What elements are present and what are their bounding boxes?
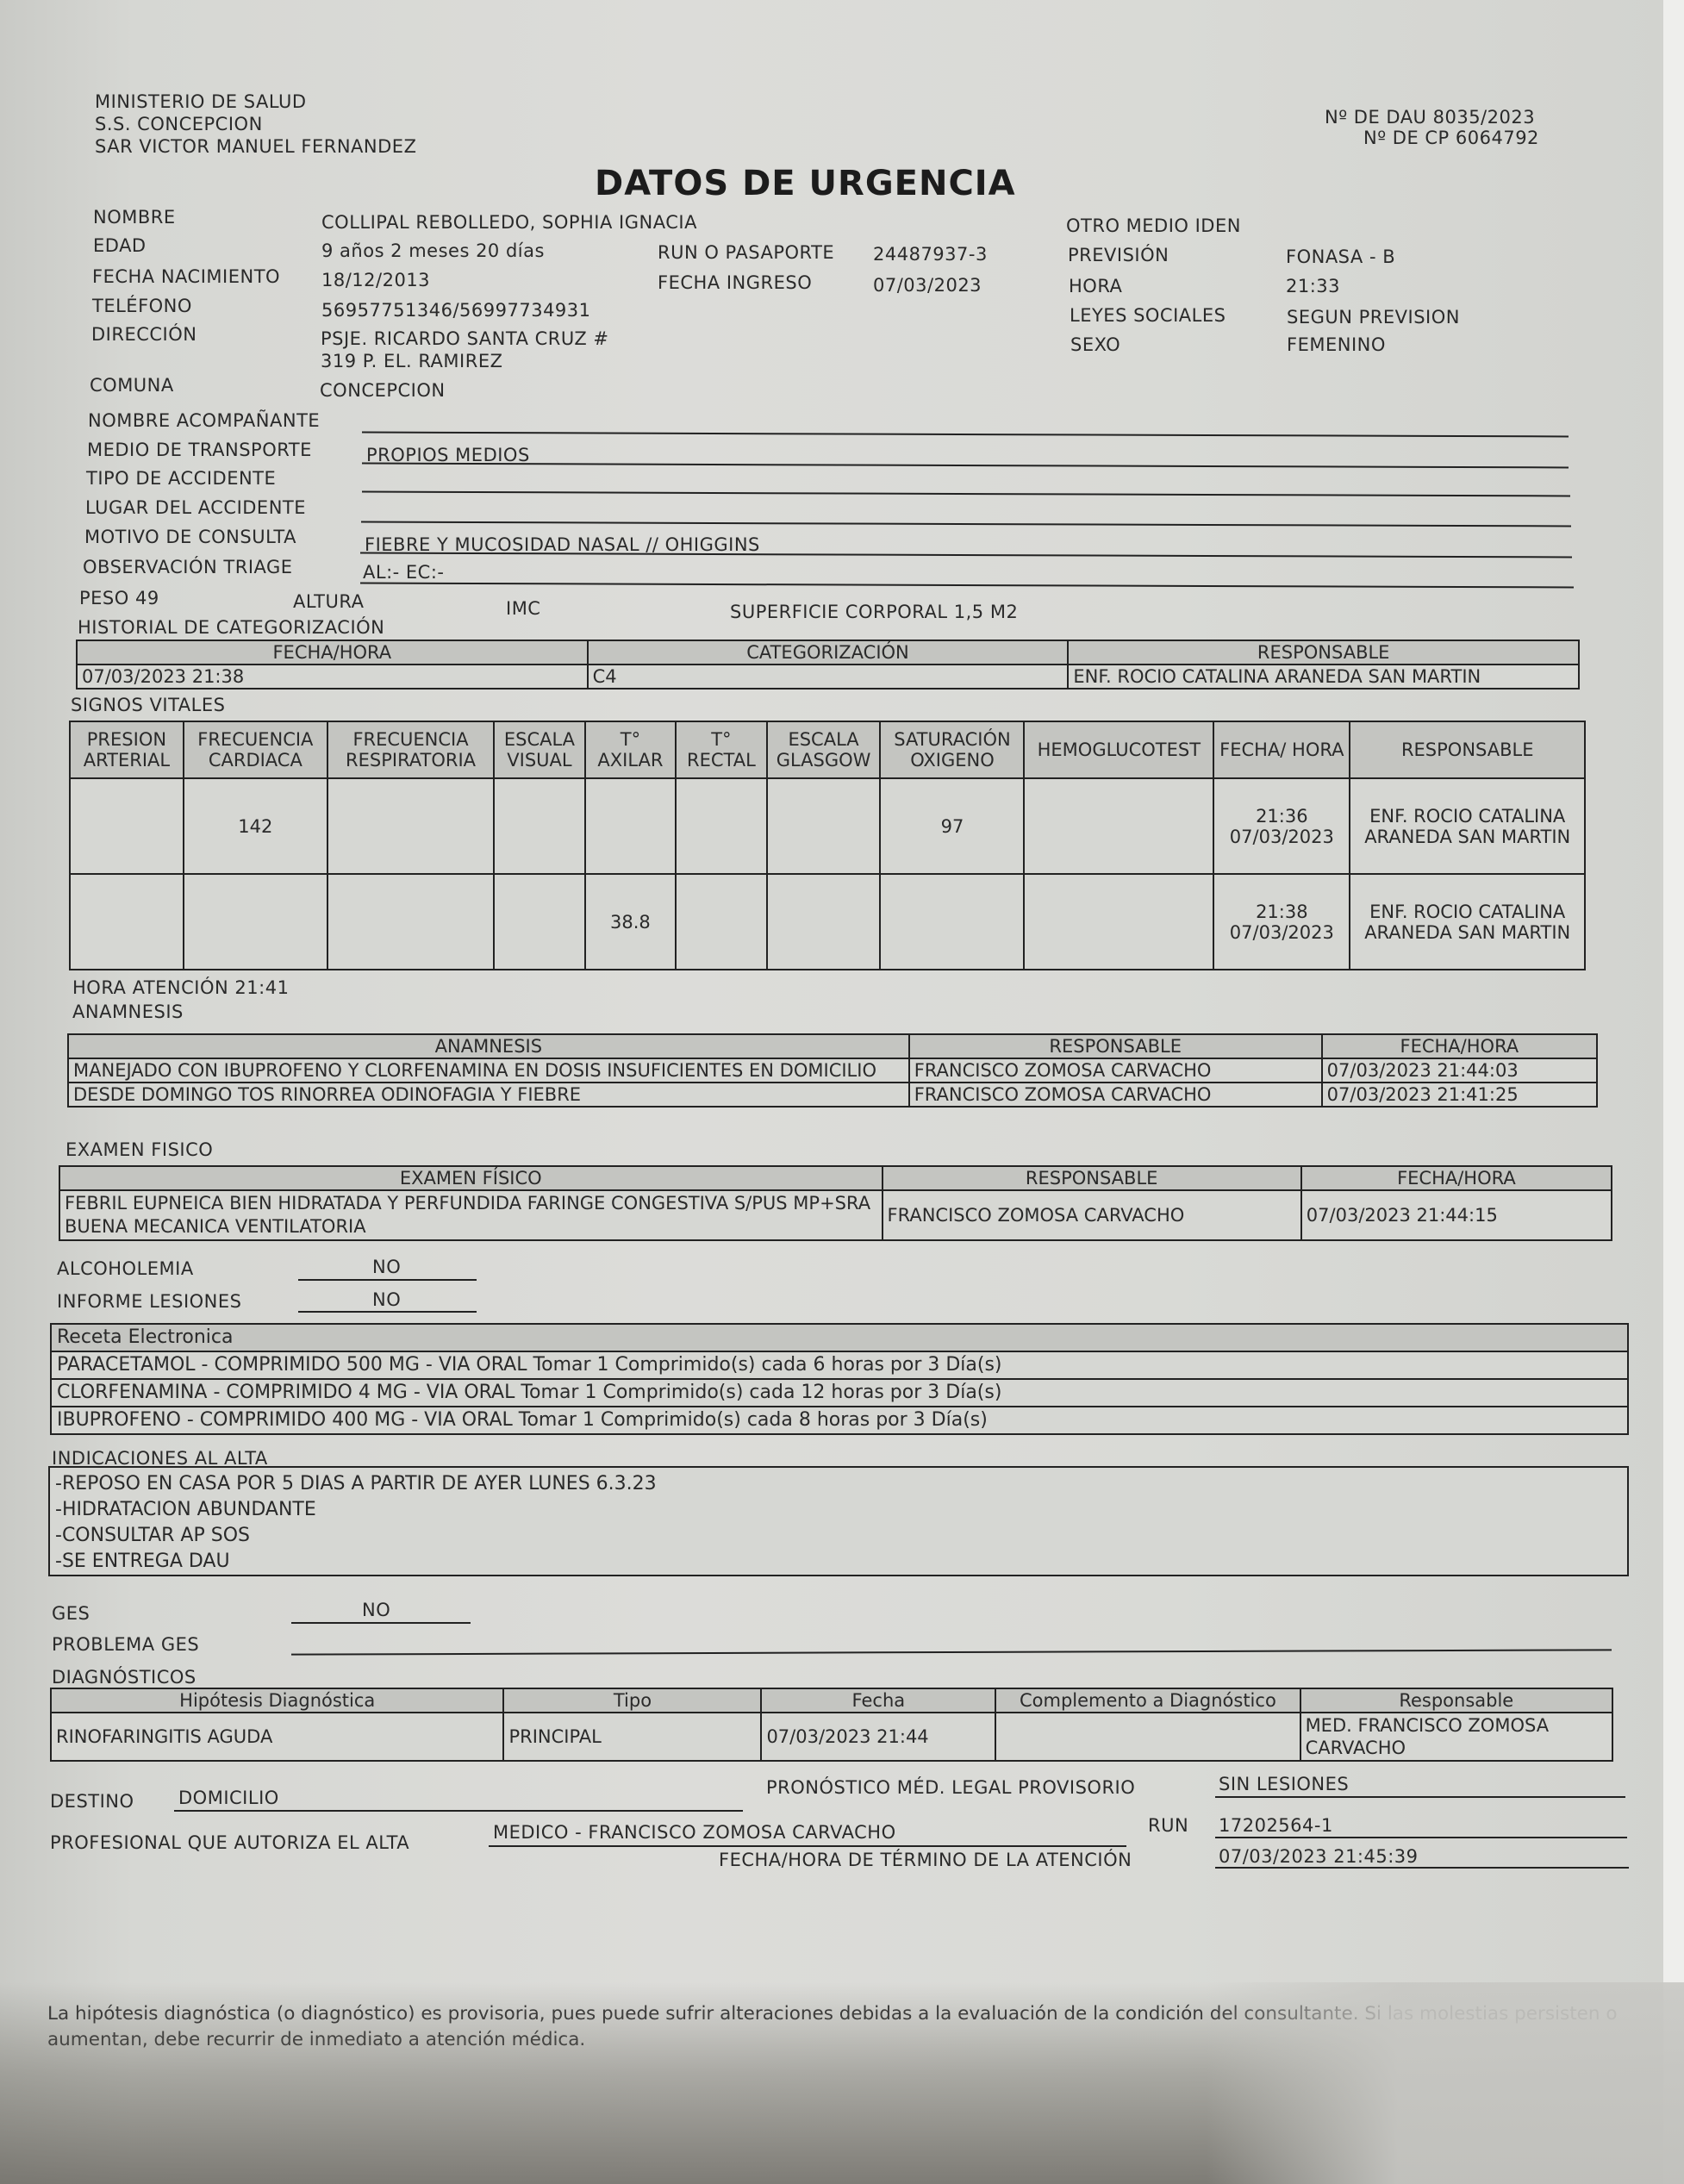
alcoholemia-field-line [298,1279,477,1281]
ges-field-line [291,1622,471,1624]
termino-atencion-label: FECHA/HORA DE TÉRMINO DE LA ATENCIÓN [719,1850,1132,1870]
categorizacion-table: FECHA/HORA CATEGORIZACIÓN RESPONSABLE 07… [76,640,1580,690]
pronostico-label: PRONÓSTICO MÉD. LEGAL PROVISORIO [766,1777,1135,1798]
cell-frecuencia-cardiaca [184,874,327,970]
direccion-label: DIRECCIÓN [91,324,196,345]
destino-field-line [174,1810,743,1812]
prevision-label: PREVISIÓN [1068,245,1169,265]
ges-value: NO [362,1600,390,1620]
triage-label: OBSERVACIÓN TRIAGE [83,557,293,577]
cell-presion-arterial [70,778,184,874]
col-fecha: Fecha [761,1688,995,1713]
run-medico-label: RUN [1148,1815,1188,1836]
receta-item: CLORFENAMINA - COMPRIMIDO 4 MG - VIA ORA… [52,1378,1627,1406]
institution-line-2: S.S. CONCEPCION [95,114,263,134]
telefono-value: 56957751346/56997734931 [321,300,591,321]
termino-atencion-value: 07/03/2023 21:45:39 [1219,1846,1419,1867]
col-presion-arterial: PRESION ARTERIAL [70,721,184,778]
col-fecha-hora: FECHA/HORA [1301,1166,1612,1190]
receta-item: PARACETAMOL - COMPRIMIDO 500 MG - VIA OR… [52,1351,1627,1378]
triage-value: AL:- EC:- [363,562,444,583]
dau-number: Nº DE DAU 8035/2023 [1325,107,1535,128]
table-row: 142 97 21:36 07/03/2023 ENF. ROCIO CATAL… [70,778,1585,874]
cell-hemoglucotest [1024,874,1213,970]
direccion-value-2: 319 P. EL. RAMIREZ [321,351,502,371]
profesional-label: PROFESIONAL QUE AUTORIZA EL ALTA [50,1832,409,1853]
cell-responsable: FRANCISCO ZOMOSA CARVACHO [909,1058,1322,1083]
run-medico-value: 17202564-1 [1219,1815,1333,1836]
cell-examen-fisico: FEBRIL EUPNEICA BIEN HIDRATADA Y PERFUND… [59,1190,883,1240]
cell-responsable: ENF. ROCIO CATALINA ARANEDA SAN MARTIN [1350,874,1585,970]
leyes-sociales-label: LEYES SOCIALES [1070,305,1226,326]
page-edge [1663,0,1684,2184]
problema-ges-label: PROBLEMA GES [52,1634,199,1655]
col-escala-glasgow: ESCALA GLASGOW [767,721,881,778]
cell-escala-visual [494,874,584,970]
col-responsable: Responsable [1300,1688,1612,1713]
table-row: MANEJADO CON IBUPROFENO Y CLORFENAMINA E… [68,1058,1597,1083]
sexo-label: SEXO [1070,334,1120,355]
signos-vitales-section-label: SIGNOS VITALES [71,695,225,715]
nombre-value: COLLIPAL REBOLLEDO, SOPHIA IGNACIA [321,212,697,233]
col-t-axilar: T° AXILAR [585,721,676,778]
cell-t-axilar: 38.8 [585,874,676,970]
acompanante-label: NOMBRE ACOMPAÑANTE [88,410,320,431]
receta-electronica-box: Receta Electronica PARACETAMOL - COMPRIM… [50,1323,1629,1435]
examen-fisico-table: EXAMEN FÍSICO RESPONSABLE FECHA/HORA FEB… [59,1165,1612,1241]
cell-saturacion-oxigeno [880,874,1024,970]
alcoholemia-label: ALCOHOLEMIA [57,1258,194,1279]
cell-t-rectal [676,778,766,874]
sexo-value: FEMENINO [1287,334,1386,355]
fecha-ingreso-label: FECHA INGRESO [658,272,812,293]
cell-fecha-hora: 07/03/2023 21:41:25 [1322,1083,1597,1107]
photo-highlight [1207,1982,1684,2184]
edad-label: EDAD [93,235,147,256]
cell-t-axilar [585,778,676,874]
indicacion-item: -REPOSO EN CASA POR 5 DIAS A PARTIR DE A… [50,1471,1627,1497]
receta-header: Receta Electronica [52,1325,1627,1351]
indicaciones-box: -REPOSO EN CASA POR 5 DIAS A PARTIR DE A… [48,1466,1629,1576]
cell-categorizacion: C4 [588,665,1069,689]
cell-fecha-hora: 21:38 07/03/2023 [1213,874,1350,970]
cell-frecuencia-cardiaca: 142 [184,778,327,874]
run-value: 24487937-3 [873,244,988,265]
table-row: 07/03/2023 21:38 C4 ENF. ROCIO CATALINA … [77,665,1579,689]
altura-label: ALTURA [293,591,364,612]
destino-label: DESTINO [50,1791,134,1812]
diagnosticos-table: Hipótesis Diagnóstica Tipo Fecha Complem… [50,1688,1613,1762]
receta-item: IBUPROFENO - COMPRIMIDO 400 MG - VIA ORA… [52,1406,1627,1433]
informe-lesiones-label: INFORME LESIONES [57,1291,242,1312]
col-frecuencia-respiratoria: FRECUENCIA RESPIRATORIA [327,721,494,778]
superficie-corporal-label: SUPERFICIE CORPORAL 1,5 M2 [730,602,1018,622]
ges-label: GES [52,1603,90,1624]
profesional-field-line [489,1845,1126,1847]
hora-value: 21:33 [1286,276,1340,296]
col-tipo: Tipo [503,1688,761,1713]
institution-line-3: SAR VICTOR MANUEL FERNANDEZ [95,136,416,157]
comuna-value: CONCEPCION [320,380,446,401]
indicacion-item: -SE ENTREGA DAU [50,1549,1627,1575]
anamnesis-table: ANAMNESIS RESPONSABLE FECHA/HORA MANEJAD… [67,1033,1598,1108]
cell-responsable: FRANCISCO ZOMOSA CARVACHO [883,1190,1301,1240]
informe-lesiones-value: NO [372,1289,401,1310]
direccion-value-1: PSJE. RICARDO SANTA CRUZ # [321,328,609,349]
table-row: FEBRIL EUPNEICA BIEN HIDRATADA Y PERFUND… [59,1190,1612,1240]
otro-medio-label: OTRO MEDIO IDEN [1066,215,1241,236]
col-fecha-hora: FECHA/HORA [77,640,588,665]
leyes-sociales-value: SEGUN PREVISION [1287,307,1460,328]
col-t-rectal: T° RECTAL [676,721,766,778]
cell-hemoglucotest [1024,778,1213,874]
indicacion-item: -CONSULTAR AP SOS [50,1523,1627,1549]
page-title: DATOS DE URGENCIA [595,164,1016,203]
cell-responsable: FRANCISCO ZOMOSA CARVACHO [909,1083,1322,1107]
alcoholemia-value: NO [372,1257,401,1277]
cell-complemento [995,1713,1300,1761]
cell-escala-visual [494,778,584,874]
cell-saturacion-oxigeno: 97 [880,778,1024,874]
pronostico-value: SIN LESIONES [1219,1774,1349,1794]
fecha-nacimiento-label: FECHA NACIMIENTO [92,266,280,287]
cell-frecuencia-respiratoria [327,874,494,970]
cell-anamnesis: MANEJADO CON IBUPROFENO Y CLORFENAMINA E… [68,1058,909,1083]
institution-line-1: MINISTERIO DE SALUD [95,91,307,112]
cell-escala-glasgow [767,874,881,970]
edad-value: 9 años 2 meses 20 días [321,240,545,261]
cell-fecha-hora: 07/03/2023 21:38 [77,665,588,689]
col-responsable: RESPONSABLE [909,1034,1322,1058]
peso-label: PESO 49 [79,588,159,608]
cell-fecha-hora: 21:36 07/03/2023 [1213,778,1350,874]
tipo-accidente-label: TIPO DE ACCIDENTE [86,468,276,489]
cp-number: Nº DE CP 6064792 [1363,128,1539,148]
destino-value: DOMICILIO [178,1788,279,1808]
hora-atencion: HORA ATENCIÓN 21:41 [72,977,289,998]
indicacion-item: -HIDRATACION ABUNDANTE [50,1497,1627,1523]
nombre-label: NOMBRE [93,207,176,228]
table-row: RINOFARINGITIS AGUDA PRINCIPAL 07/03/202… [51,1713,1612,1761]
cell-presion-arterial [70,874,184,970]
cell-responsable: ENF. ROCIO CATALINA ARANEDA SAN MARTIN [1068,665,1579,689]
col-responsable: RESPONSABLE [1068,640,1579,665]
transporte-label: MEDIO DE TRANSPORTE [87,440,312,460]
examen-fisico-section-label: EXAMEN FISICO [65,1139,213,1160]
fecha-ingreso-value: 07/03/2023 [873,275,982,296]
pronostico-field-line [1215,1796,1625,1798]
cell-fecha-hora: 07/03/2023 21:44:03 [1322,1058,1597,1083]
cell-fecha-hora: 07/03/2023 21:44:15 [1301,1190,1612,1240]
anamnesis-section-label: ANAMNESIS [72,1002,184,1022]
col-hemoglucotest: HEMOGLUCOTEST [1024,721,1213,778]
hora-label: HORA [1069,276,1122,296]
col-frecuencia-cardiaca: FRECUENCIA CARDIACA [184,721,327,778]
cell-hipotesis: RINOFARINGITIS AGUDA [51,1713,503,1761]
comuna-label: COMUNA [90,375,174,396]
col-fecha-hora: FECHA/ HORA [1213,721,1350,778]
col-saturacion-oxigeno: SATURACIÓN OXIGENO [880,721,1024,778]
col-fecha-hora: FECHA/HORA [1322,1034,1597,1058]
cell-frecuencia-respiratoria [327,778,494,874]
cell-fecha: 07/03/2023 21:44 [761,1713,995,1761]
diagnosticos-section-label: DIAGNÓSTICOS [52,1667,196,1688]
imc-label: IMC [506,598,540,619]
table-row: 38.8 21:38 07/03/2023 ENF. ROCIO CATALIN… [70,874,1585,970]
table-row: DESDE DOMINGO TOS RINORREA ODINOFAGIA Y … [68,1083,1597,1107]
col-hipotesis-diagnostica: Hipótesis Diagnóstica [51,1688,503,1713]
cell-t-rectal [676,874,766,970]
fecha-nacimiento-value: 18/12/2013 [321,270,430,290]
lugar-accidente-label: LUGAR DEL ACCIDENTE [85,497,306,518]
col-examen-fisico: EXAMEN FÍSICO [59,1166,883,1190]
informe-lesiones-field-line [298,1311,477,1313]
profesional-value: MEDICO - FRANCISCO ZOMOSA CARVACHO [493,1822,896,1843]
run-medico-field-line [1215,1837,1627,1838]
col-categorizacion: CATEGORIZACIÓN [588,640,1069,665]
col-anamnesis: ANAMNESIS [68,1034,909,1058]
cell-tipo: PRINCIPAL [503,1713,761,1761]
signos-vitales-table: PRESION ARTERIAL FRECUENCIA CARDIACA FRE… [69,721,1586,970]
col-complemento: Complemento a Diagnóstico [995,1688,1300,1713]
col-responsable: RESPONSABLE [1350,721,1585,778]
run-label: RUN O PASAPORTE [658,242,834,263]
cell-responsable: ENF. ROCIO CATALINA ARANEDA SAN MARTIN [1350,778,1585,874]
motivo-consulta-label: MOTIVO DE CONSULTA [84,527,296,547]
termino-atencion-field-line [1215,1867,1629,1869]
cell-escala-glasgow [767,778,881,874]
cell-responsable: MED. FRANCISCO ZOMOSA CARVACHO [1300,1713,1612,1761]
col-escala-visual: ESCALA VISUAL [494,721,584,778]
cell-anamnesis: DESDE DOMINGO TOS RINORREA ODINOFAGIA Y … [68,1083,909,1107]
col-responsable: RESPONSABLE [883,1166,1301,1190]
telefono-label: TELÉFONO [92,296,192,316]
prevision-value: FONASA - B [1286,246,1395,267]
categorizacion-section-label: HISTORIAL DE CATEGORIZACIÓN [78,617,384,638]
